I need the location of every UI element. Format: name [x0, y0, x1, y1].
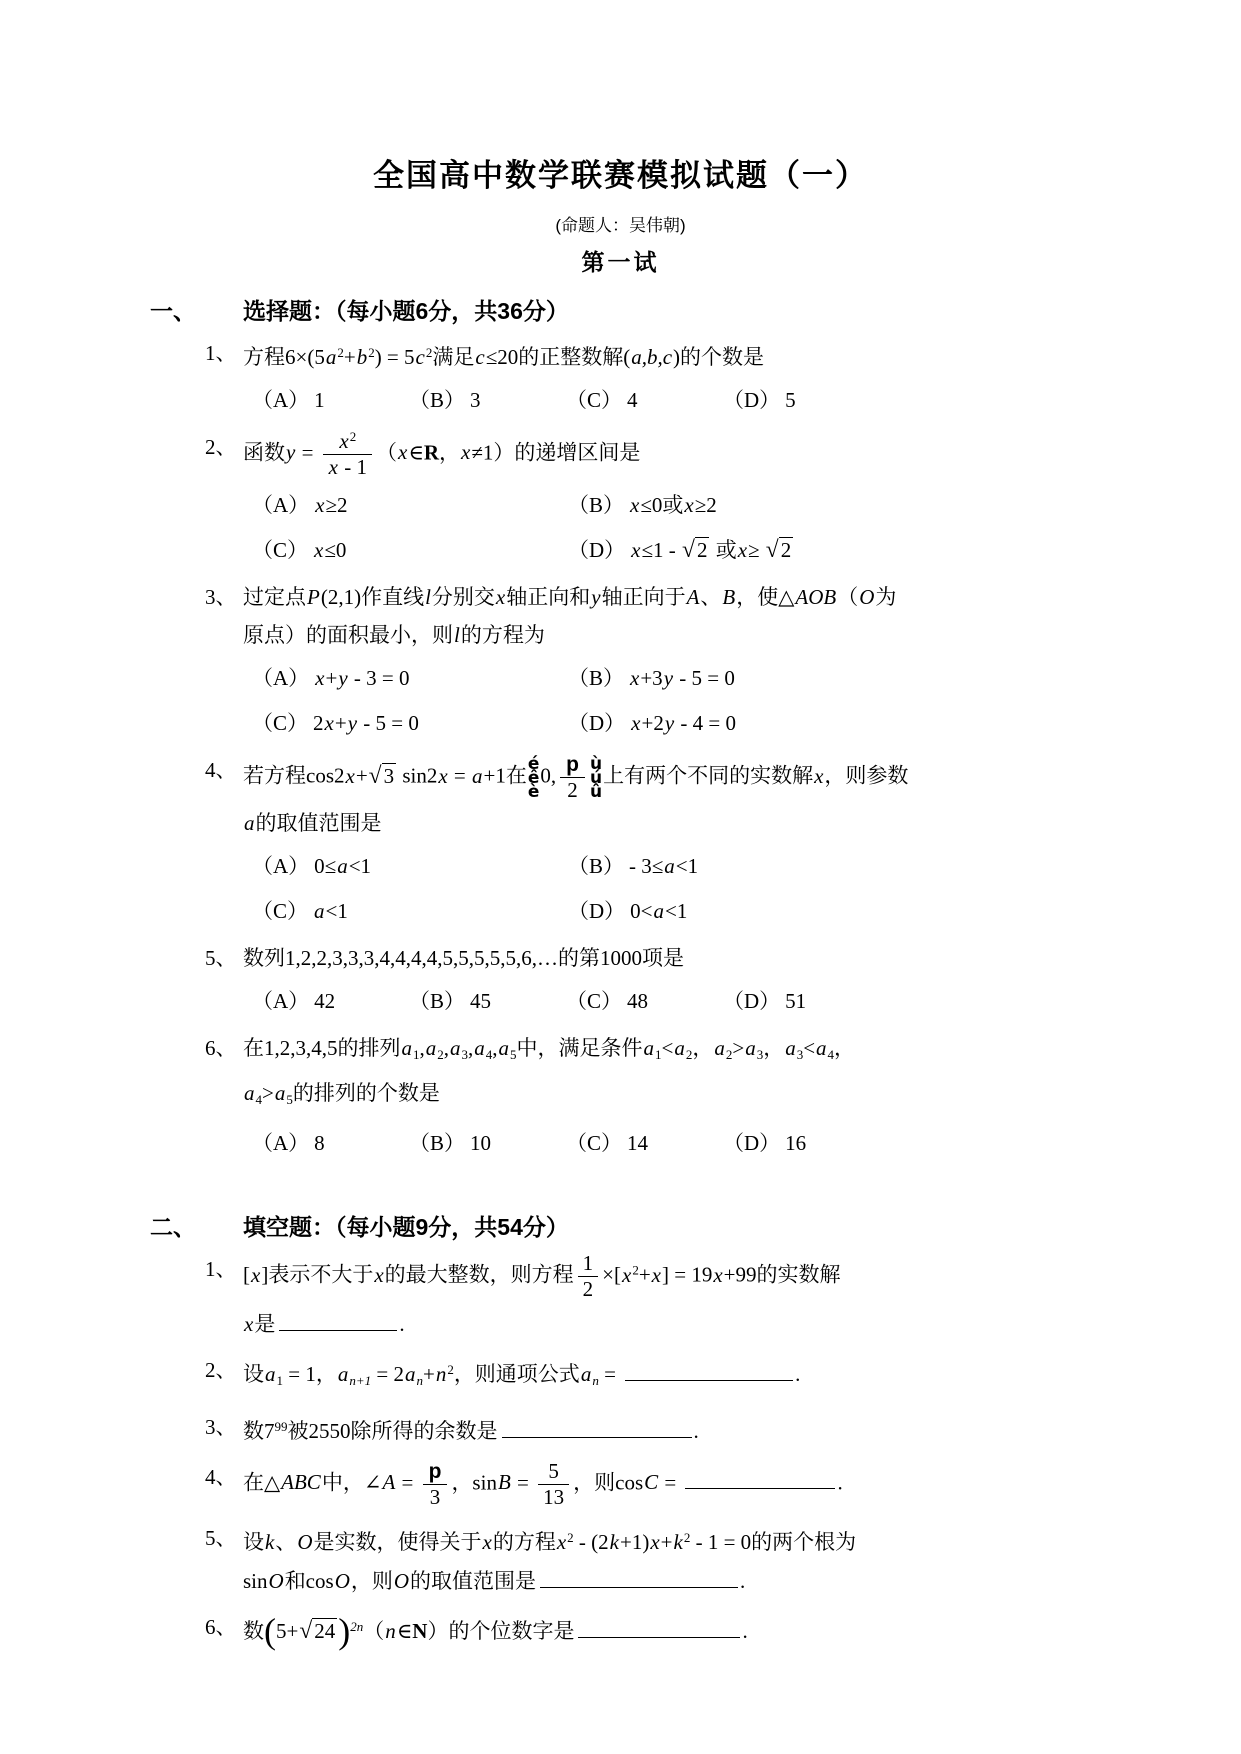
text-run: ≤20的正整数解(: [486, 345, 631, 369]
text-run: ，使△: [736, 585, 794, 609]
question-body: 数(5+√24)2n（n∈N）的个位数字是.: [243, 1608, 1053, 1650]
text-run: 0<: [630, 899, 652, 923]
option-value: 4: [627, 380, 638, 420]
text-run: 51: [785, 989, 806, 1013]
option-value: x+3y - 5 = 0: [629, 658, 735, 698]
option: （A）8: [252, 1123, 409, 1163]
option-value: 45: [470, 981, 491, 1021]
text-run: 过定点: [243, 585, 306, 609]
text-run: ≤0: [324, 538, 346, 562]
question: 6、数(5+√24)2n（n∈N）的个位数字是.: [0, 1608, 1241, 1650]
math-variable: k: [264, 1530, 275, 1554]
question: 2、设a1 = 1，an+1 = 2an+n2，则通项公式an = .: [0, 1351, 1241, 1400]
math-variable: a: [243, 1081, 256, 1105]
text-run: =: [659, 1470, 681, 1494]
question-line: [x]表示不大于x的最大整数，则方程12×[x2+x] = 19x+99的实数解: [243, 1250, 1053, 1303]
radicand: 3: [382, 763, 397, 788]
math-variable: x: [460, 440, 471, 464]
math-variable: x: [629, 493, 640, 517]
option-label: （B）: [409, 1123, 465, 1163]
section-title: 填空题：（每小题9分，共54分）: [243, 1209, 569, 1242]
option-value: 2x+y - 5 = 0: [313, 703, 419, 743]
text-run: .: [740, 1569, 745, 1593]
question: 6、在1,2,3,4,5的排列a1,a2,a3,a4,a5中，满足条件a1<a2…: [0, 1029, 1241, 1119]
text-run: 1: [314, 388, 325, 412]
option-label: （B）: [568, 485, 624, 525]
option: （B）x+3y - 5 = 0: [568, 658, 998, 698]
math-variable: a: [313, 899, 326, 923]
text-run: 在1,2,3,4,5的排列: [243, 1036, 401, 1060]
option-value: 0≤a<1: [314, 846, 371, 886]
fraction-numerator: 5: [538, 1460, 569, 1485]
option-value: x≤1 - √2 或x≥ √2: [630, 530, 794, 570]
math-variable: a: [815, 1036, 828, 1060]
math-variable: C: [643, 1470, 659, 1494]
section-heading: 一、选择题：（每小题6分，共36分）: [150, 293, 1241, 326]
text-run: 的方程为: [461, 623, 545, 647]
option-value: x≥2: [314, 485, 347, 525]
section-number: 二、: [150, 1209, 243, 1242]
text-run: ，则通项公式: [454, 1362, 580, 1386]
option-value: 51: [785, 981, 806, 1021]
text-run: 函数: [243, 440, 285, 464]
question-body: 数列1,2,2,3,3,3,4,4,4,4,5,5,5,5,5,6,…的第100…: [243, 939, 1053, 977]
text-run: <1: [349, 854, 371, 878]
text-run: ，: [439, 440, 460, 464]
text-run: 0,: [540, 764, 556, 788]
math-variable: x: [651, 1263, 662, 1287]
question-line: a的取值范围是: [243, 804, 1053, 842]
question-line: 数799被2550除所得的余数是.: [243, 1408, 1053, 1450]
math-variable: a: [580, 1362, 593, 1386]
text-run: ≥: [748, 538, 765, 562]
option: （C）14: [566, 1123, 723, 1163]
option-label: （D）: [723, 1123, 780, 1163]
math-variable: a: [471, 764, 484, 788]
math-variable: a: [401, 1036, 414, 1060]
text-run: ）的个位数字是: [427, 1619, 574, 1643]
text-run: =: [396, 1470, 418, 1494]
text-run: = 2: [371, 1362, 404, 1386]
text-run: 3: [430, 1485, 441, 1509]
section-heading: 二、填空题：（每小题9分，共54分）: [150, 1209, 1241, 1242]
option-label: （D）: [723, 981, 780, 1021]
text-run: 2: [583, 1277, 594, 1301]
option-label: （D）: [723, 380, 780, 420]
text-run: ≥2: [326, 493, 348, 517]
exam-body: 一、选择题：（每小题6分，共36分）1、方程6×(5a2+b2) = 5c2满足…: [0, 293, 1241, 1650]
math-variable: y: [664, 711, 675, 735]
option: （A）42: [252, 981, 409, 1021]
option-label: （C）: [252, 703, 308, 743]
fraction-numerator: p: [423, 1460, 448, 1485]
option: （D）16: [723, 1123, 806, 1163]
option-label: （A）: [252, 485, 309, 525]
option: （D）x≤1 - √2 或x≥ √2: [568, 530, 998, 570]
text-run: 为: [875, 585, 896, 609]
superscript: 2n: [350, 1619, 363, 1634]
math-variable: a: [425, 1036, 438, 1060]
corrupted-theta-glyph: O: [268, 1569, 285, 1593]
math-variable: x: [630, 711, 641, 735]
text-run: +99的实数解: [724, 1263, 841, 1287]
question-line: 数(5+√24)2n（n∈N）的个位数字是.: [243, 1608, 1053, 1650]
section-number: 一、: [150, 293, 243, 326]
question-body: 设k、O是实数，使得关于x的方程x2 - (2k+1)x+k2 - 1 = 0的…: [243, 1519, 1053, 1600]
math-variable: a: [243, 811, 256, 835]
fraction-denominator: 3: [423, 1485, 448, 1509]
text-run: 13: [543, 1485, 564, 1509]
text-run: ，则参数: [824, 764, 908, 788]
fraction-numerator: 1: [578, 1252, 599, 1277]
option-label: （A）: [252, 846, 309, 886]
math-variable: k: [609, 1530, 620, 1554]
text-run: （: [376, 440, 397, 464]
question-number: 5、: [205, 939, 243, 977]
text-run: ∈: [408, 440, 424, 464]
question-number: 6、: [205, 1608, 243, 1650]
option-value: x≤0或x≥2: [629, 485, 717, 525]
text-run: 的最大整数，则方程: [385, 1263, 574, 1287]
option-label: （A）: [252, 1123, 309, 1163]
text-run: .: [795, 1362, 800, 1386]
section-title: 选择题：（每小题6分，共36分）: [243, 293, 569, 326]
option: （C）4: [566, 380, 723, 420]
question-line: 在1,2,3,4,5的排列a1,a2,a3,a4,a5中，满足条件a1<a2，a…: [243, 1029, 1053, 1074]
text-run: 的方程: [493, 1530, 556, 1554]
text-run: +2: [642, 711, 664, 735]
question-body: 数799被2550除所得的余数是.: [243, 1408, 1053, 1450]
corrupted-theta-glyph: O: [334, 1569, 351, 1593]
text-run: ，: [834, 1036, 855, 1060]
text-run: 数列1,2,2,3,3,3,4,4,4,4,5,5,5,5,5,6,…的第100…: [243, 946, 684, 970]
text-run: ≤1 -: [642, 538, 682, 562]
question-body: [x]表示不大于x的最大整数，则方程12×[x2+x] = 19x+99的实数解…: [243, 1250, 1053, 1342]
text-run: - 5 = 0: [358, 711, 419, 735]
radical-sign: √: [766, 537, 779, 563]
question-body: 过定点P(2,1)作直线l分别交x轴正向和y轴正向于A、B，使△AOB（O为原点…: [243, 578, 1053, 654]
question: 2、函数y = x2x - 1（x∈R，x≠1）的递增区间是: [0, 428, 1241, 481]
text-run: 是实数，使得关于: [314, 1530, 482, 1554]
math-variable: x: [649, 1530, 660, 1554]
text-run: - 1 = 0的两个根为: [690, 1530, 856, 1554]
text-run: [: [243, 1263, 250, 1287]
math-variable: x: [314, 493, 325, 517]
radical-sign: √: [369, 763, 382, 789]
answer-blank: [540, 1561, 738, 1588]
text-run: 的排列的个数是: [293, 1081, 440, 1105]
text-run: +: [356, 764, 368, 788]
answer-blank: [685, 1462, 835, 1489]
text-run: - 3 = 0: [349, 666, 410, 690]
math-variable: n: [384, 1619, 397, 1643]
text-run: - (2: [574, 1530, 609, 1554]
question-body: 在1,2,3,4,5的排列a1,a2,a3,a4,a5中，满足条件a1<a2，a…: [243, 1029, 1053, 1119]
text-run: 48: [627, 989, 648, 1013]
math-variable: x: [737, 538, 748, 562]
text-run: ) = 5: [375, 345, 415, 369]
text-run: 10: [470, 1131, 491, 1155]
text-run: ∈: [397, 1619, 413, 1643]
text-run: 、: [700, 585, 721, 609]
option: （D）x+2y - 4 = 0: [568, 703, 998, 743]
options-row: （A）0≤a<1（B） - 3≤a<1（C）a<1（D）0<a<1: [0, 846, 1042, 931]
math-variable: y: [347, 711, 358, 735]
question: 3、数799被2550除所得的余数是.: [0, 1408, 1241, 1450]
text-run: 或: [710, 538, 736, 562]
math-variable: b: [356, 345, 369, 369]
question-number: 3、: [205, 578, 243, 654]
text-run: (2,1)作直线: [321, 585, 424, 609]
text-run: 0≤: [314, 854, 336, 878]
option-value: 8: [314, 1123, 325, 1163]
math-bold-set: R: [424, 440, 439, 464]
fraction-numerator: p: [560, 753, 585, 778]
math-variable: x: [621, 1263, 632, 1287]
math-bold-set: N: [412, 1619, 427, 1643]
text-run: 5: [548, 1459, 559, 1483]
text-run: 满足: [432, 345, 474, 369]
text-run: ，: [692, 1036, 713, 1060]
option-label: （A）: [252, 981, 309, 1021]
text-run: 1: [583, 1251, 594, 1275]
math-variable: x: [482, 1530, 493, 1554]
math-variable: x: [338, 429, 349, 453]
option-value: 16: [785, 1123, 806, 1163]
question-number: 4、: [205, 751, 243, 842]
math-variable: y: [285, 440, 296, 464]
text-run: ,: [420, 1036, 425, 1060]
option-value: 0<a<1: [630, 891, 687, 931]
question-line: sinO和cosO，则O的取值范围是.: [243, 1561, 1053, 1600]
option: （C）2x+y - 5 = 0: [252, 703, 568, 743]
bracket-glyph: û: [590, 785, 602, 799]
text-run: 原点）的面积最小，则: [243, 623, 453, 647]
fraction-denominator: 2: [560, 778, 585, 802]
math-variable: x: [437, 764, 448, 788]
superscript: 2: [350, 429, 357, 444]
math-variable: x: [683, 493, 694, 517]
text-run: 设: [243, 1530, 264, 1554]
text-run: 5: [785, 388, 796, 412]
text-run: ，sin: [451, 1470, 497, 1494]
question-line: x是.: [243, 1304, 1053, 1343]
text-run: +1在: [484, 764, 527, 788]
question-number: 3、: [205, 1408, 243, 1450]
math-variable: y: [337, 666, 348, 690]
text-run: 上有两个不同的实数解: [603, 764, 813, 788]
question-number: 1、: [205, 334, 243, 376]
text-run: 45: [470, 989, 491, 1013]
text-run: <1: [326, 899, 348, 923]
question: 1、方程6×(5a2+b2) = 5c2满足c≤20的正整数解(a,b,c)的个…: [0, 334, 1241, 376]
sqrt-radical: √2: [682, 538, 709, 562]
fraction: 513: [538, 1460, 569, 1509]
options-row: （A）x≥2（B）x≤0或x≥2（C）x≤0（D）x≤1 - √2 或x≥ √2: [0, 485, 1042, 570]
math-variable: y: [590, 585, 601, 609]
option: （A）x+y - 3 = 0: [252, 658, 568, 698]
math-variable: B: [721, 585, 736, 609]
radicand: 24: [312, 1618, 337, 1643]
text-run: =: [449, 764, 471, 788]
exam-byline: (命题人：吴伟朝): [0, 211, 1241, 236]
option-value: 48: [627, 981, 648, 1021]
exam-page: 全国高中数学联赛模拟试题（一） (命题人：吴伟朝) 第一试 一、选择题：（每小题…: [0, 0, 1241, 1754]
option-label: （C）: [252, 530, 308, 570]
option-value: - 3≤a<1: [629, 846, 698, 886]
text-run: =: [599, 1362, 621, 1386]
text-run: +: [344, 345, 356, 369]
question-body: 若方程cos2x+√3 sin2x = a+1在éêè0,p2ùúû上有两个不同…: [243, 751, 1053, 842]
option-value: a<1: [313, 891, 348, 931]
math-variable: a: [404, 1362, 417, 1386]
option: （D）0<a<1: [568, 891, 998, 931]
text-run: +3: [640, 666, 662, 690]
option-label: （B）: [409, 380, 465, 420]
math-variable: l: [453, 623, 461, 647]
question-body: 方程6×(5a2+b2) = 5c2满足c≤20的正整数解(a,b,c)的个数是: [243, 334, 1053, 376]
text-run: .: [742, 1619, 747, 1643]
corrupted-pi-glyph: p: [565, 753, 580, 776]
option-label: （C）: [566, 1123, 622, 1163]
fraction-denominator: 2: [578, 1277, 599, 1301]
text-run: )的个数是: [673, 345, 764, 369]
text-run: .: [399, 1312, 404, 1336]
math-variable: x: [243, 1312, 254, 1336]
math-variable: a: [449, 1036, 462, 1060]
text-run: 被2550除所得的余数是: [288, 1419, 498, 1443]
text-run: ，: [763, 1036, 784, 1060]
question: 5、设k、O是实数，使得关于x的方程x2 - (2k+1)x+k2 - 1 = …: [0, 1519, 1241, 1600]
corrupted-theta-glyph: O: [393, 1569, 410, 1593]
answer-blank: [578, 1611, 740, 1638]
text-run: ≤0或: [640, 493, 683, 517]
radicand: 2: [695, 537, 710, 562]
math-variable: x: [345, 764, 356, 788]
option: （B）45: [409, 981, 566, 1021]
radical-sign: √: [682, 537, 695, 563]
math-variable: x: [314, 666, 325, 690]
option-value: 5: [785, 380, 796, 420]
option-label: （D）: [568, 530, 625, 570]
option: （A）x≥2: [252, 485, 568, 525]
text-run: （: [837, 585, 858, 609]
text-run: 8: [314, 1131, 325, 1155]
math-variable: a,b,c: [630, 345, 673, 369]
text-run: - 5 = 0: [674, 666, 735, 690]
text-run: - 3≤: [629, 854, 663, 878]
corrupted-theta-glyph: O: [296, 1530, 313, 1554]
math-variable: a: [673, 1036, 686, 1060]
question-line: 设a1 = 1，an+1 = 2an+n2，则通项公式an = .: [243, 1351, 1053, 1400]
option: （D）51: [723, 981, 806, 1021]
math-variable: x: [556, 1530, 567, 1554]
options-row: （A）8（B）10（C）14（D）16: [0, 1123, 1042, 1163]
text-run: <: [803, 1036, 815, 1060]
math-variable: x: [712, 1263, 723, 1287]
text-run: +: [335, 711, 347, 735]
math-variable: x: [397, 440, 408, 464]
big-paren: (: [264, 1611, 276, 1651]
math-variable: a: [264, 1362, 277, 1386]
answer-blank: [279, 1304, 397, 1331]
text-run: ≥2: [695, 493, 717, 517]
text-run: - 4 = 0: [675, 711, 736, 735]
question-number: 6、: [205, 1029, 243, 1119]
math-variable: x: [373, 1263, 384, 1287]
text-run: 2: [313, 711, 324, 735]
text-run: 和cos: [285, 1569, 334, 1593]
text-run: <1: [676, 854, 698, 878]
text-run: +: [423, 1362, 435, 1386]
options-row: （A）x+y - 3 = 0（B）x+3y - 5 = 0（C）2x+y - 5…: [0, 658, 1042, 743]
option-label: （D）: [568, 891, 625, 931]
text-run: ,: [492, 1036, 497, 1060]
text-run: 的取值范围是: [410, 1569, 536, 1593]
text-run: 的取值范围是: [256, 811, 382, 835]
question-number: 2、: [205, 1351, 243, 1400]
text-run: 数7: [243, 1419, 275, 1443]
math-variable: a: [337, 1362, 350, 1386]
text-run: ，则cos: [573, 1470, 643, 1494]
question-line: 原点）的面积最小，则l的方程为: [243, 616, 1053, 654]
option-value: 42: [314, 981, 335, 1021]
text-run: 42: [314, 989, 335, 1013]
question-number: 5、: [205, 1519, 243, 1600]
question: 3、过定点P(2,1)作直线l分别交x轴正向和y轴正向于A、B，使△AOB（O为…: [0, 578, 1241, 654]
corrupted-pi-glyph: p: [428, 1460, 443, 1483]
fraction-denominator: 13: [538, 1485, 569, 1509]
option-value: 1: [314, 380, 325, 420]
math-variable: l: [424, 585, 432, 609]
math-variable: x: [495, 585, 506, 609]
text-run: 轴正向和: [506, 585, 590, 609]
text-run: 方程6×(5: [243, 345, 325, 369]
fraction: 12: [578, 1252, 599, 1301]
option-value: x≤0: [313, 530, 346, 570]
math-variable: c: [474, 345, 485, 369]
math-variable: a: [784, 1036, 797, 1060]
text-run: 2: [567, 778, 578, 802]
text-run: 3: [470, 388, 481, 412]
option-label: （A）: [252, 380, 309, 420]
text-run: +: [326, 666, 338, 690]
math-variable: x: [250, 1263, 261, 1287]
text-run: 轴正向于: [602, 585, 686, 609]
text-run: = 1，: [283, 1362, 337, 1386]
math-variable: A: [686, 585, 701, 609]
exam-section: 二、填空题：（每小题9分，共54分）1、[x]表示不大于x的最大整数，则方程12…: [0, 1209, 1241, 1649]
sqrt-radical: √24: [299, 1619, 337, 1643]
math-variable: a: [498, 1036, 511, 1060]
math-variable: a: [713, 1036, 726, 1060]
exam-title: 全国高中数学联赛模拟试题（一）: [0, 150, 1241, 195]
exam-header: 全国高中数学联赛模拟试题（一） (命题人：吴伟朝) 第一试: [0, 150, 1241, 277]
options-row: （A）1（B）3（C）4（D）5: [0, 380, 1042, 420]
option-value: 3: [470, 380, 481, 420]
text-run: 若方程cos2: [243, 764, 345, 788]
question-body: 设a1 = 1，an+1 = 2an+n2，则通项公式an = .: [243, 1351, 1053, 1400]
question-line: 数列1,2,2,3,3,3,4,4,4,4,5,5,5,5,5,6,…的第100…: [243, 939, 1053, 977]
option-value: 10: [470, 1123, 491, 1163]
exam-stage: 第一试: [0, 244, 1241, 277]
math-variable: a: [274, 1081, 287, 1105]
option: （B）3: [409, 380, 566, 420]
bracket-glyph-stack: éêè: [528, 757, 540, 799]
question: 4、在△ABC中，∠A = p3，sinB = 513，则cosC = .: [0, 1458, 1241, 1511]
radicand: 2: [779, 537, 794, 562]
text-run: 中，满足条件: [517, 1036, 643, 1060]
